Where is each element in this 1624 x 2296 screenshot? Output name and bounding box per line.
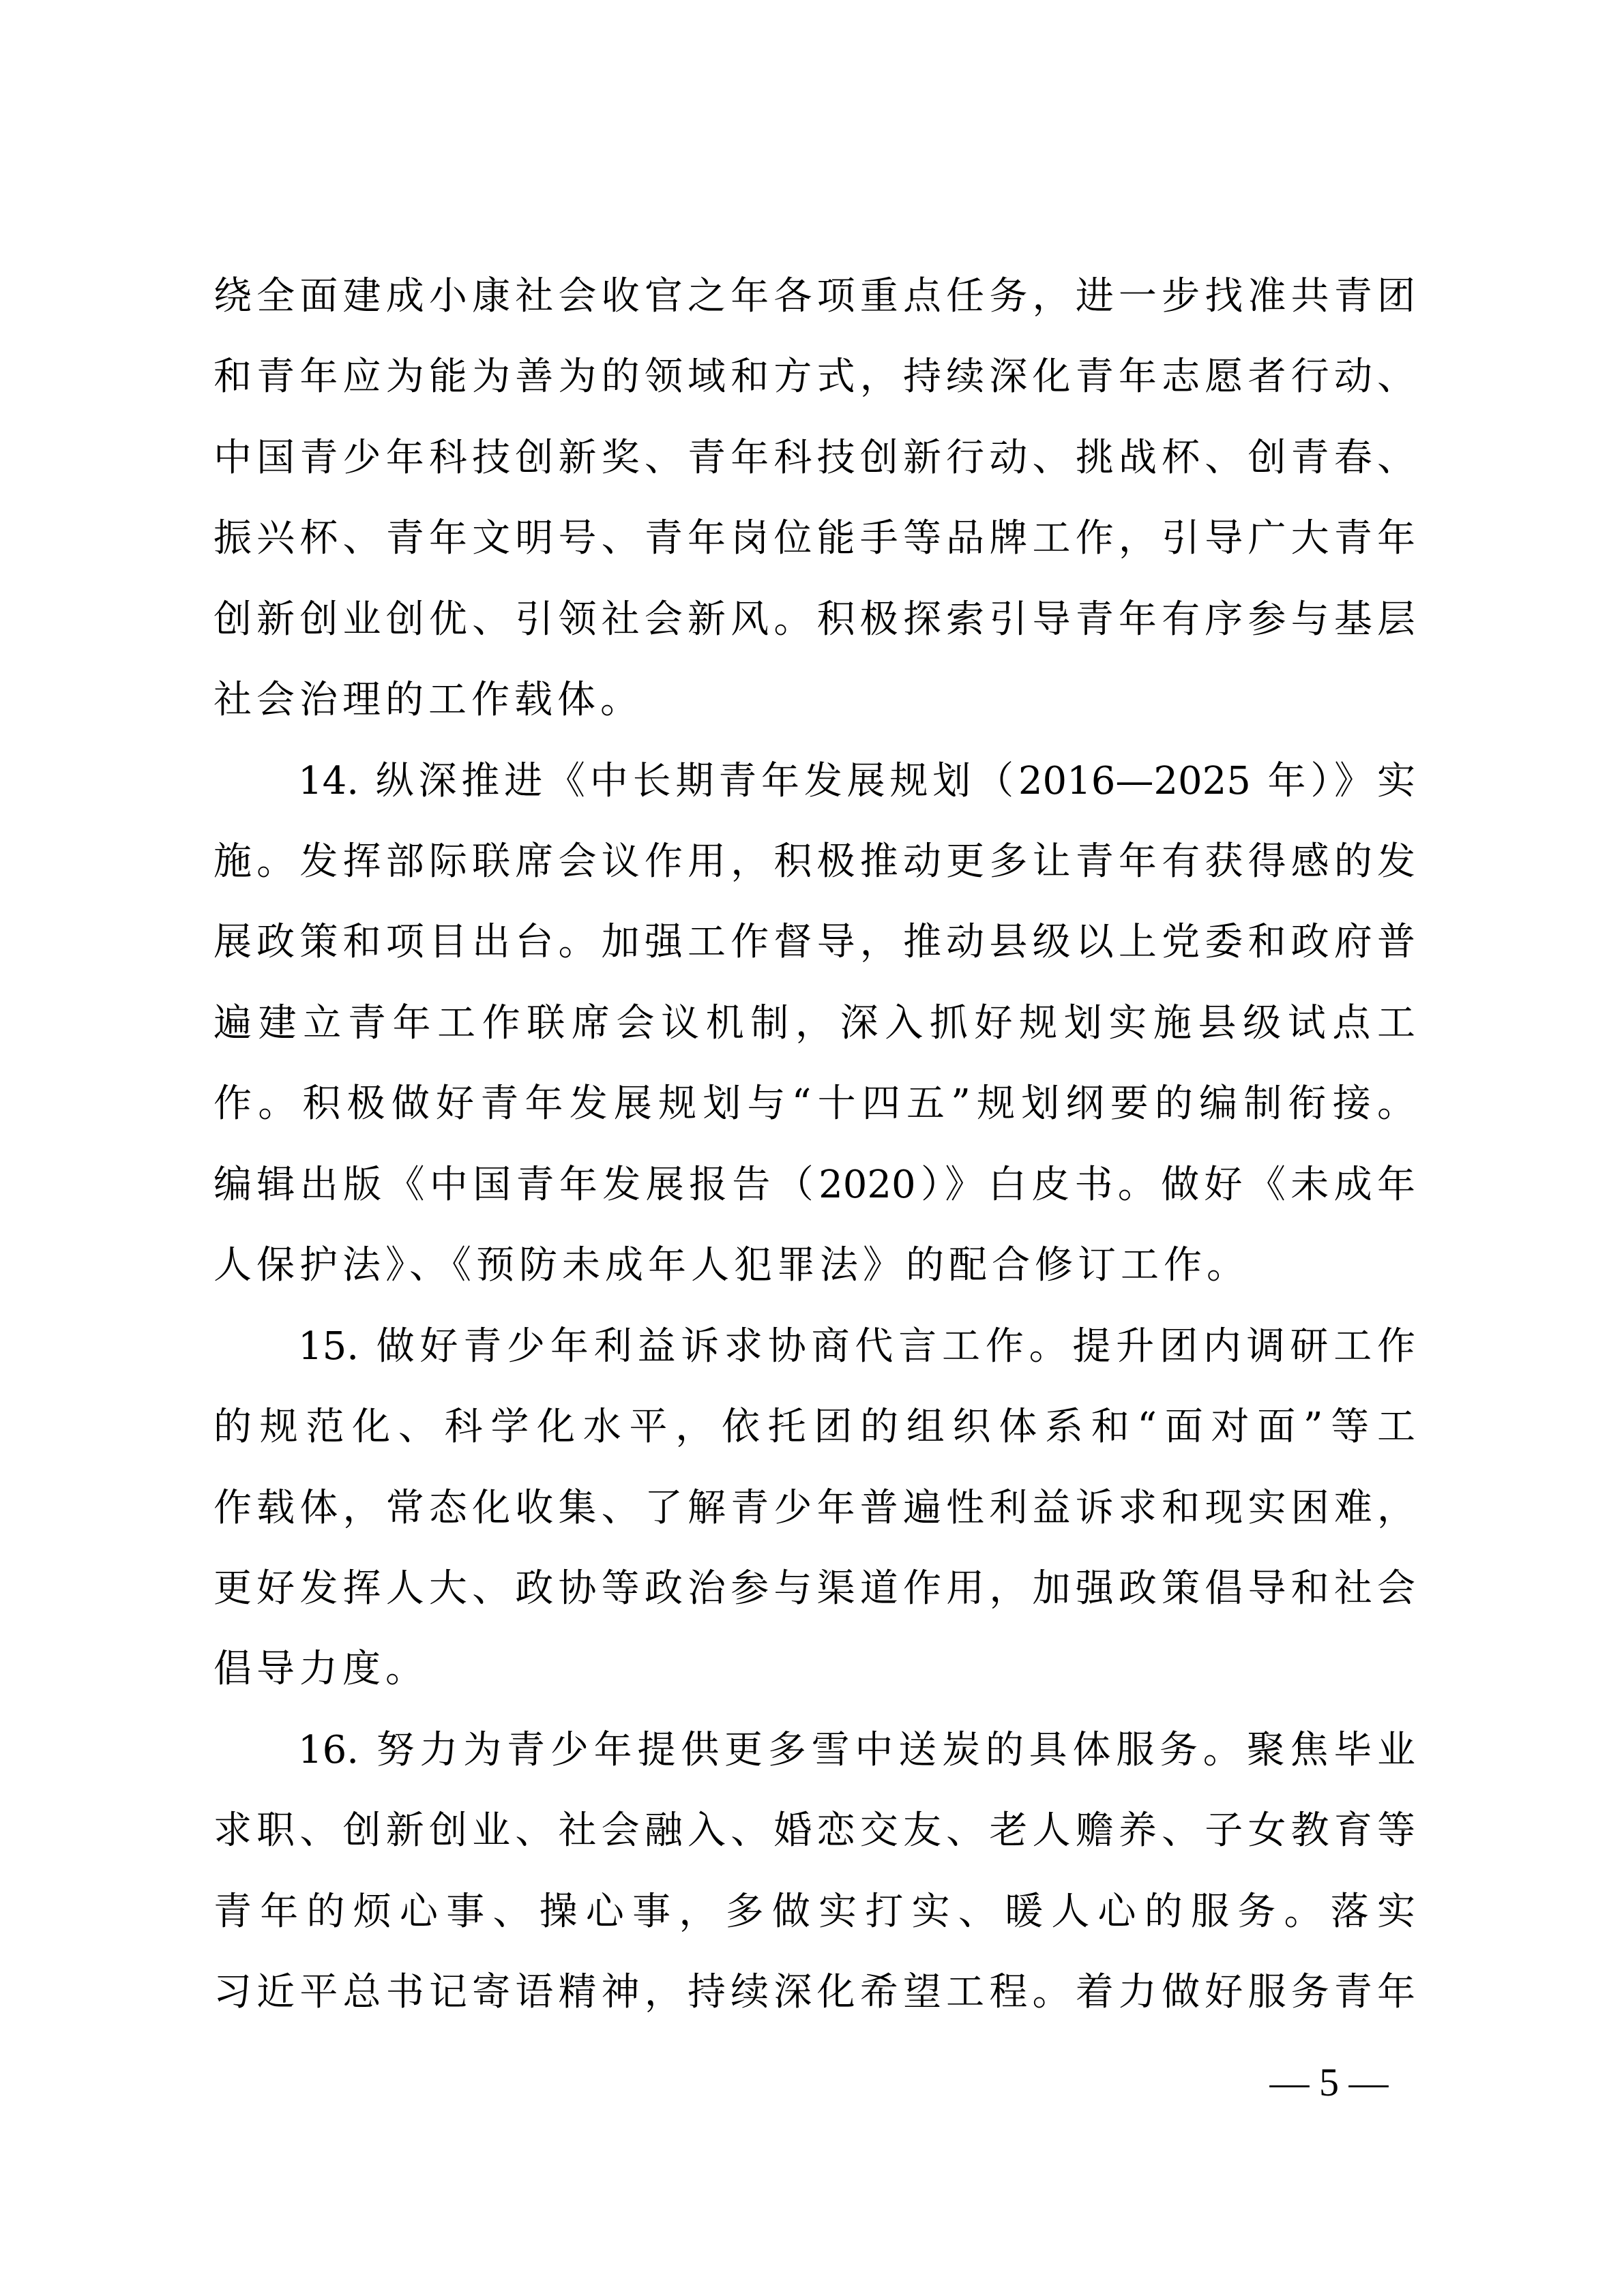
text-line: 绕全面建成小康社会收官之年各项重点任务，进一步找准共青团: [213, 276, 1415, 317]
text-line: 人保护法》、《预防未成年人犯罪法》的配合修订工作。: [213, 1245, 1415, 1286]
text-line: 和青年应为能为善为的领域和方式，持续深化青年志愿者行动、: [213, 357, 1415, 398]
paragraph-first-line: 16. 努力为青少年提供更多雪中送炭的具体服务。聚焦毕业: [298, 1730, 1415, 1771]
text-line: 编辑出版《中国青年发展报告（2020）》白皮书。做好《未成年: [213, 1165, 1415, 1206]
text-line: 倡导力度。: [213, 1649, 1415, 1690]
document-page: 绕全面建成小康社会收官之年各项重点任务，进一步找准共青团 和青年应为能为善为的领…: [0, 0, 1624, 2296]
page-number: — 5 —: [1262, 2061, 1396, 2104]
text-line: 的规范化、科学化水平，依托团的组织体系和“面对面”等工: [213, 1407, 1415, 1448]
text-line: 作。积极做好青年发展规划与“十四五”规划纲要的编制衔接。: [213, 1084, 1415, 1124]
text-line: 求职、创新创业、社会融入、婚恋交友、老人赡养、子女教育等: [213, 1810, 1415, 1851]
text-line: 青年的烦心事、操心事，多做实打实、暖人心的服务。落实: [213, 1892, 1415, 1933]
paragraph-first-line: 14. 纵深推进《中长期青年发展规划（2016—2025 年）》实: [298, 761, 1415, 802]
text-line: 社会治理的工作载体。: [213, 680, 1415, 721]
text-line: 振兴杯、青年文明号、青年岗位能手等品牌工作，引导广大青年: [213, 518, 1415, 559]
text-line: 中国青少年科技创新奖、青年科技创新行动、挑战杯、创青春、: [213, 438, 1415, 479]
text-line: 遍建立青年工作联席会议机制，深入抓好规划实施县级试点工: [213, 1003, 1415, 1044]
text-line: 创新创业创优、引领社会新风。积极探索引导青年有序参与基层: [213, 599, 1415, 640]
text-line: 作载体，常态化收集、了解青少年普遍性利益诉求和现实困难，: [213, 1488, 1415, 1529]
text-line: 习近平总书记寄语精神，持续深化希望工程。着力做好服务青年: [213, 1972, 1415, 2013]
text-line: 更好发挥人大、政协等政治参与渠道作用，加强政策倡导和社会: [213, 1568, 1415, 1609]
text-line: 施。发挥部际联席会议作用，积极推动更多让青年有获得感的发: [213, 841, 1415, 882]
paragraph-first-line: 15. 做好青少年利益诉求协商代言工作。提升团内调研工作: [298, 1326, 1415, 1367]
text-line: 展政策和项目出台。加强工作督导，推动县级以上党委和政府普: [213, 922, 1415, 963]
